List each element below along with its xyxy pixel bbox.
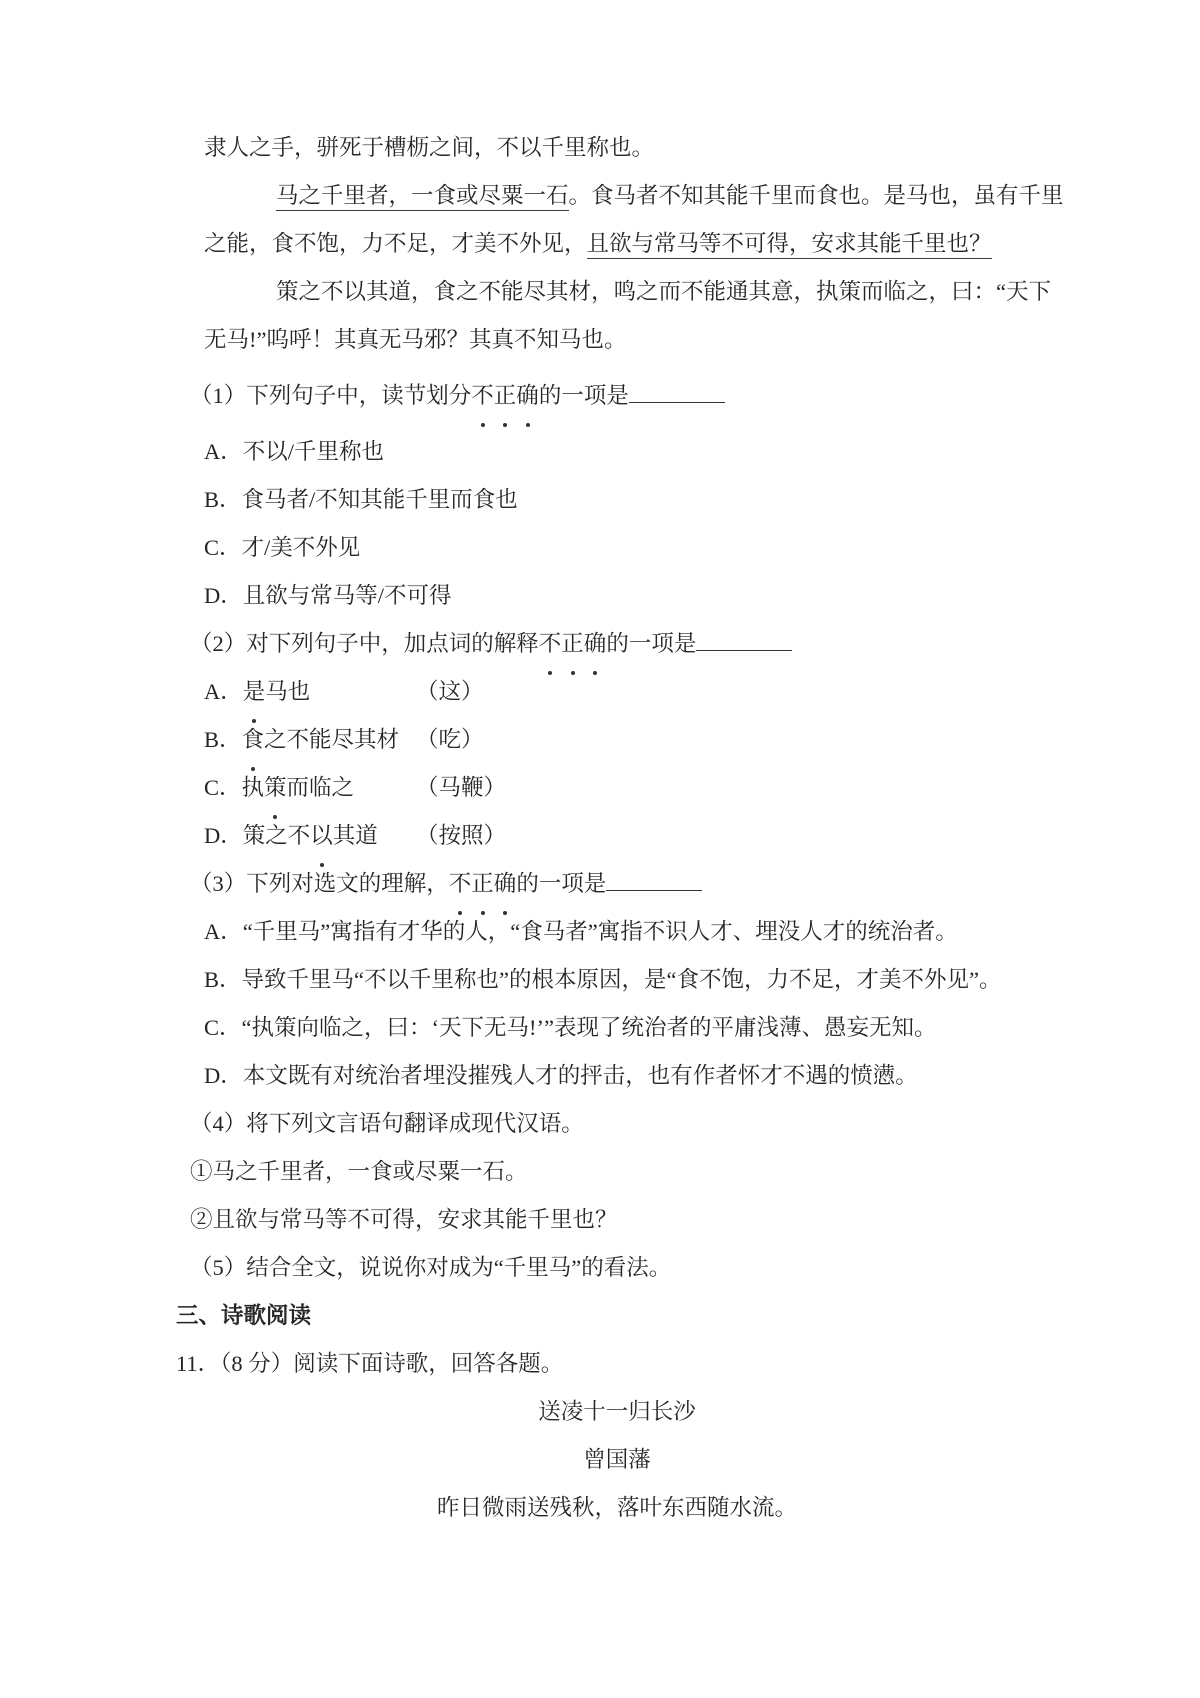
answer-blank bbox=[629, 381, 725, 403]
dotted-word: 以 bbox=[310, 823, 333, 848]
passage-line-1: 隶人之手，骈死于槽枥之间，不以千里称也。 bbox=[204, 124, 1200, 172]
exam-document-page: 隶人之手，骈死于槽枥之间，不以千里称也。 马之千里者，一食或尽粟一石。食马者不知… bbox=[0, 0, 1200, 1698]
passage-text: 隶人之手，骈死于槽枥之间，不以千里称也。 bbox=[204, 135, 654, 160]
stem-text: （3）下列对选文的理解， bbox=[190, 871, 449, 896]
option-text: C．才/美不外见 bbox=[204, 535, 360, 560]
option-text: C．“执策向临之，曰：‘天下无马!’”表现了统治者的平庸浅薄、愚妄无知。 bbox=[204, 1015, 936, 1040]
poem-line-1: 昨日微雨送残秋，落叶东西随水流。 bbox=[34, 1484, 1200, 1532]
stem-text: 的一项是 bbox=[539, 383, 629, 408]
question-1-stem: （1）下列句子中，读节划分不正确的一项是 bbox=[190, 372, 1200, 420]
poem-author: 曾国藩 bbox=[34, 1436, 1200, 1484]
option-text: C．执 bbox=[204, 775, 264, 800]
option-text: 其道 bbox=[333, 823, 378, 848]
passage-line-2: 马之千里者，一食或尽粟一石。食马者不知其能千里而食也。是马也，虽有千里 bbox=[204, 172, 1200, 220]
question-4-stem: （4）将下列文言语句翻译成现代汉语。 bbox=[190, 1100, 1200, 1148]
stem-text: 的一项是 bbox=[516, 871, 606, 896]
passage-text: 。食马者不知其能千里而食也。是马也，虽有千里 bbox=[569, 183, 1064, 208]
q4-sentence-1: ①马之千里者，一食或尽粟一石。 bbox=[190, 1148, 1200, 1196]
underlined-phrase-1: 马之千里者，一食或尽粟一石 bbox=[276, 183, 569, 211]
option-text: A．不以/千里称也 bbox=[204, 439, 384, 464]
dotted-word: 食 bbox=[242, 727, 265, 752]
item-label: 11．（8 分）阅读下面诗歌，回答各题。 bbox=[176, 1351, 563, 1376]
stem-text: （2）对下列句子中，加点词的解释 bbox=[190, 631, 539, 656]
q1-option-b: B．食马者/不知其能千里而食也 bbox=[204, 476, 1200, 524]
passage-text: 策之不以其道，食之不能尽其材，鸣之而不能通其意，执策而临之，曰：“天下 bbox=[276, 279, 1051, 304]
passage-line-4: 策之不以其道，食之不能尽其材，鸣之而不能通其意，执策而临之，曰：“天下 bbox=[204, 268, 1200, 316]
q3-option-c: C．“执策向临之，曰：‘天下无马!’”表现了统治者的平庸浅薄、愚妄无知。 bbox=[204, 1004, 1200, 1052]
q4-sentence-2: ②且欲与常马等不可得，安求其能千里也？ bbox=[190, 1196, 1200, 1244]
question-5-stem: （5）结合全文，说说你对成为“千里马”的看法。 bbox=[190, 1244, 1200, 1292]
option-text: B． bbox=[204, 727, 242, 752]
item-11-stem: 11．（8 分）阅读下面诗歌，回答各题。 bbox=[176, 1340, 1200, 1388]
answer-blank bbox=[696, 629, 792, 651]
page-content: 隶人之手，骈死于槽枥之间，不以千里称也。 马之千里者，一食或尽粟一石。食马者不知… bbox=[0, 0, 1200, 1532]
option-gloss: （这） bbox=[416, 668, 484, 716]
poem-title: 送凌十一归长沙 bbox=[34, 1388, 1200, 1436]
option-text: 之不能尽其材 bbox=[264, 727, 399, 752]
q3-option-d: D．本文既有对统治者埋没摧残人才的抨击，也有作者怀才不遇的愤懑。 bbox=[204, 1052, 1200, 1100]
translate-sentence: ②且欲与常马等不可得，安求其能千里也？ bbox=[190, 1207, 618, 1232]
passage-text: 无马!”呜呼！其真无马邪？其真不知马也。 bbox=[204, 327, 626, 352]
stem-text: （5）结合全文，说说你对成为“千里马”的看法。 bbox=[190, 1255, 671, 1280]
answer-blank bbox=[606, 869, 702, 891]
section-3-heading: 三、诗歌阅读 bbox=[176, 1292, 1200, 1340]
option-text: A．“千里马”寓指有才华的人，“食马者”寓指不识人才、埋没人才的统治者。 bbox=[204, 919, 958, 944]
q3-option-a: A．“千里马”寓指有才华的人，“食马者”寓指不识人才、埋没人才的统治者。 bbox=[204, 908, 1200, 956]
question-2-stem: （2）对下列句子中，加点词的解释不正确的一项是 bbox=[190, 620, 1200, 668]
passage-line-3: 之能，食不饱，力不足，才美不外见，且欲与常马等不可得，安求其能千里也？ bbox=[204, 220, 1200, 268]
passage-line-5: 无马!”呜呼！其真无马邪？其真不知马也。 bbox=[204, 316, 1200, 364]
option-text: 马也 bbox=[265, 679, 310, 704]
option-text: 而临之 bbox=[287, 775, 355, 800]
stem-dotted-text: 不正确 bbox=[449, 871, 517, 896]
poem-author-text: 曾国藩 bbox=[583, 1447, 651, 1472]
translate-sentence: ①马之千里者，一食或尽粟一石。 bbox=[190, 1159, 528, 1184]
stem-text: 的一项是 bbox=[606, 631, 696, 656]
stem-text: （1）下列句子中，读节划分 bbox=[190, 383, 471, 408]
option-text: B．食马者/不知其能千里而食也 bbox=[204, 487, 518, 512]
passage-text: 之能，食不饱，力不足，才美不外见， bbox=[204, 231, 587, 256]
q2-option-c: C．执策而临之（马鞭） bbox=[204, 764, 1200, 812]
option-text: D．且欲与常马等/不可得 bbox=[204, 583, 452, 608]
dotted-word: 是 bbox=[243, 679, 266, 704]
option-text: D．策之不 bbox=[204, 823, 310, 848]
q1-option-d: D．且欲与常马等/不可得 bbox=[204, 572, 1200, 620]
q3-option-b: B．导致千里马“不以千里称也”的根本原因，是“食不饱，力不足，才美不外见”。 bbox=[204, 956, 1200, 1004]
option-text: D．本文既有对统治者埋没摧残人才的抨击，也有作者怀才不遇的愤懑。 bbox=[204, 1063, 918, 1088]
poem-title-text: 送凌十一归长沙 bbox=[538, 1399, 696, 1424]
q2-option-a: A．是马也（这） bbox=[204, 668, 1200, 716]
option-text: B．导致千里马“不以千里称也”的根本原因，是“食不饱，力不足，才美不外见”。 bbox=[204, 967, 1001, 992]
question-3-stem: （3）下列对选文的理解，不正确的一项是 bbox=[190, 860, 1200, 908]
underlined-phrase-2: 且欲与常马等不可得，安求其能千里也？ bbox=[587, 231, 992, 259]
poem-verse-text: 昨日微雨送残秋，落叶东西随水流。 bbox=[437, 1495, 797, 1520]
option-gloss: （马鞭） bbox=[416, 764, 506, 812]
option-text: A． bbox=[204, 679, 243, 704]
q2-option-d: D．策之不以其道（按照） bbox=[204, 812, 1200, 860]
stem-text: （4）将下列文言语句翻译成现代汉语。 bbox=[190, 1111, 584, 1136]
option-gloss: （吃） bbox=[416, 716, 484, 764]
q1-option-a: A．不以/千里称也 bbox=[204, 428, 1200, 476]
stem-dotted-text: 不正确 bbox=[539, 631, 607, 656]
q2-option-b: B．食之不能尽其材（吃） bbox=[204, 716, 1200, 764]
q1-option-c: C．才/美不外见 bbox=[204, 524, 1200, 572]
section-title: 三、诗歌阅读 bbox=[176, 1303, 311, 1328]
stem-dotted-text: 不正确 bbox=[471, 383, 539, 408]
option-gloss: （按照） bbox=[416, 812, 506, 860]
dotted-word: 策 bbox=[264, 775, 287, 800]
